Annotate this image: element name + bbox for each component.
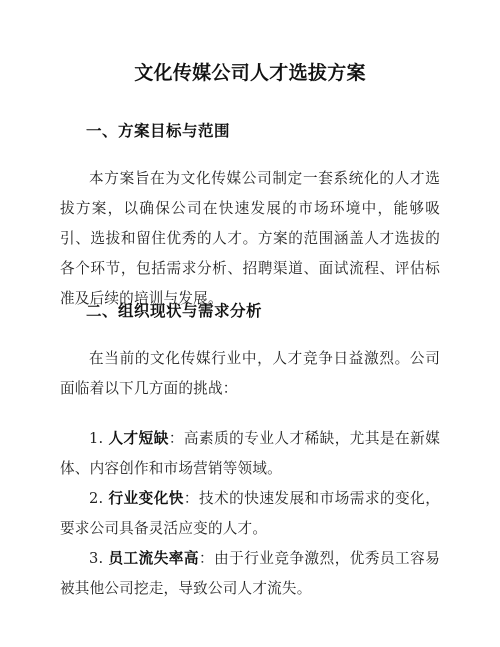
list-item-number: 2.	[89, 490, 103, 507]
section-paragraph-status-analysis: 在当前的文化传媒行业中，人才竞争日益激烈。公司面临着以下几方面的挑战：	[60, 344, 440, 404]
section-heading-goals-scope: 一、方案目标与范围	[86, 120, 230, 142]
list-item-separator: ：	[199, 550, 214, 567]
list-item-lead: 员工流失率高	[108, 550, 199, 567]
list-item-number: 1.	[89, 430, 103, 447]
list-item-separator: ：	[169, 430, 184, 447]
list-item-high-turnover: 3. 员工流失率高：由于行业竞争激烈，优秀员工容易被其他公司挖走，导致公司人才流…	[60, 544, 440, 604]
list-item-industry-change: 2. 行业变化快：技术的快速发展和市场需求的变化，要求公司具备灵活应变的人才。	[60, 484, 440, 544]
list-item-separator: ：	[184, 490, 199, 507]
list-item-talent-shortage: 1. 人才短缺：高素质的专业人才稀缺，尤其是在新媒体、内容创作和市场营销等领域。	[60, 424, 440, 484]
section-heading-status-analysis: 二、组织现状与需求分析	[86, 300, 262, 322]
list-item-lead: 人才短缺	[108, 430, 168, 447]
list-item-lead: 行业变化快	[108, 490, 183, 507]
list-item-number: 3.	[89, 550, 103, 567]
section-paragraph-goals-scope: 本方案旨在为文化传媒公司制定一套系统化的人才选拔方案，以确保公司在快速发展的市场…	[60, 164, 440, 314]
document-title: 文化传媒公司人才选拔方案	[0, 60, 500, 86]
document-page: 文化传媒公司人才选拔方案 一、方案目标与范围 本方案旨在为文化传媒公司制定一套系…	[0, 0, 500, 647]
